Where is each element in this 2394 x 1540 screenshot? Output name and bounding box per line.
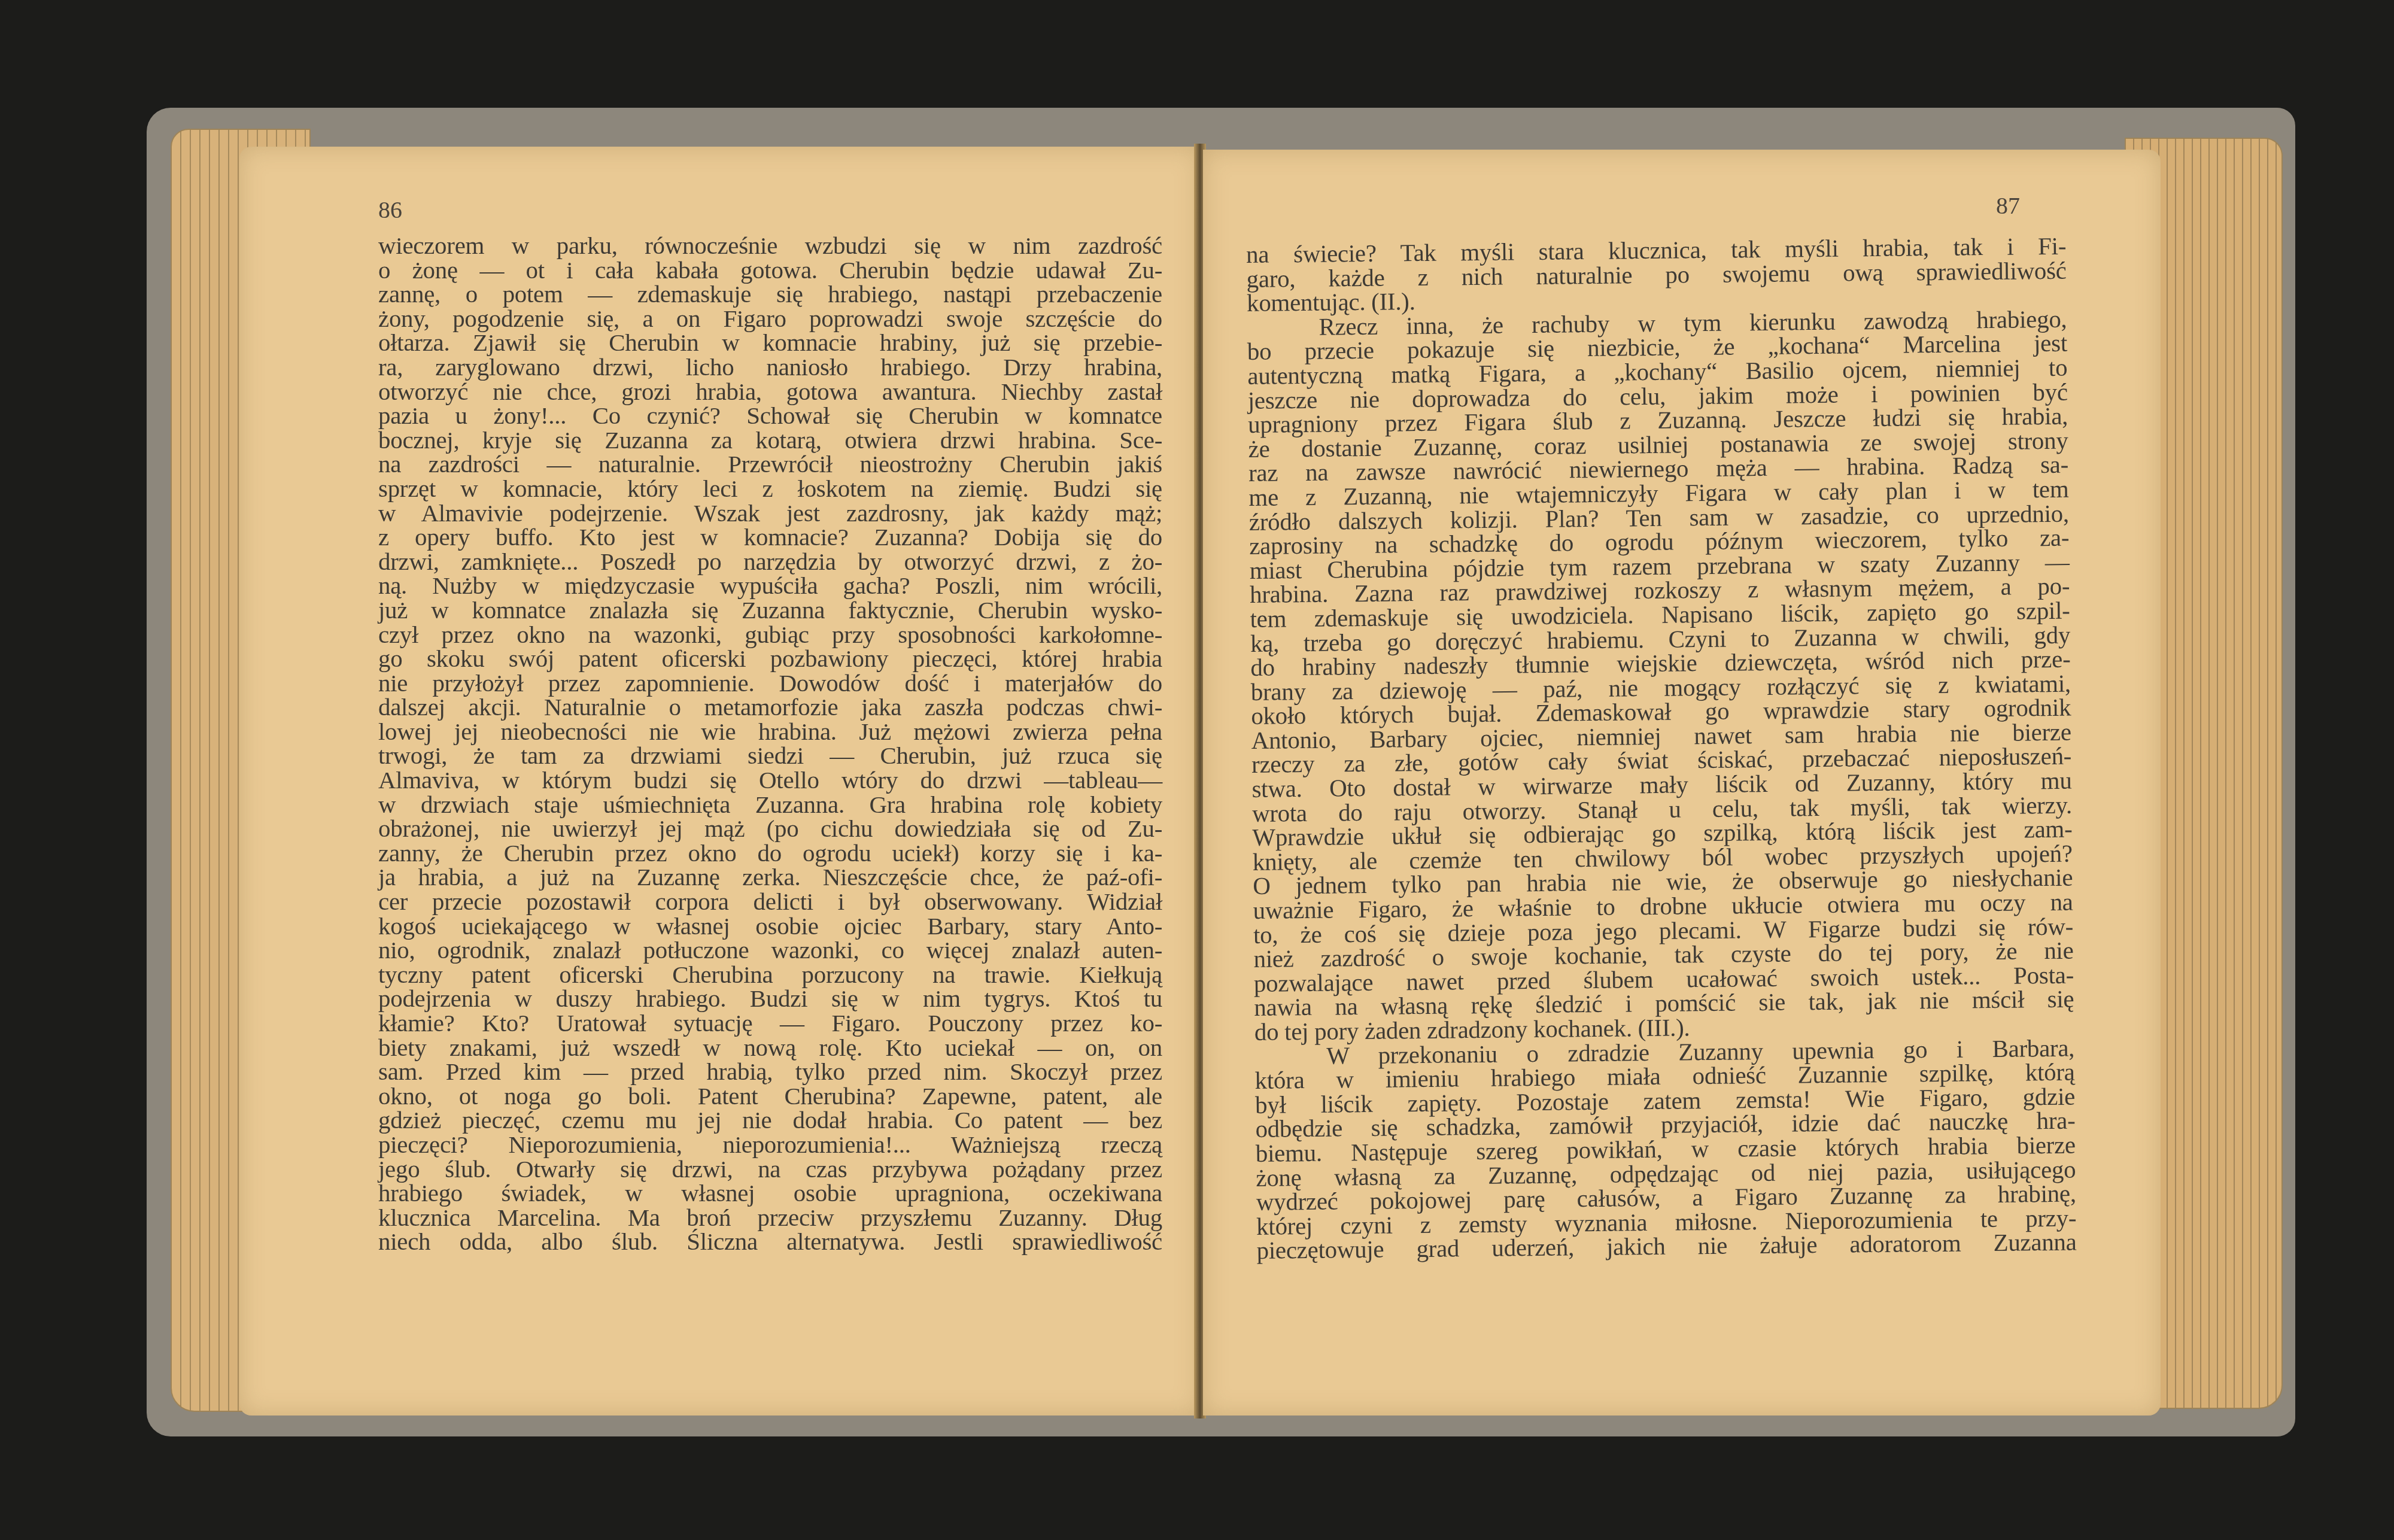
text-line: z opery buffo. Kto jest w komnacie? Zuza… <box>378 525 1162 549</box>
text-line: otworzyć nie chce, grozi hrabia, gotowa … <box>378 379 1162 404</box>
text-line: niech odda, albo ślub. Śliczna alternaty… <box>378 1229 1162 1254</box>
text-line: okno, ot noga go boli. Patent Cherubina?… <box>378 1084 1162 1108</box>
page-number: 87 <box>1996 192 2020 220</box>
text-line: kłamie? Kto? Uratował sytuację — Figaro.… <box>378 1011 1162 1035</box>
left-page: 86 wieczorem w parku, równocześnie wzbud… <box>239 147 1200 1416</box>
text-line: pieczęci? Nieporozumienia, nieporozumien… <box>378 1132 1162 1157</box>
page-body-text: wieczorem w parku, równocześnie wzbudzi … <box>378 233 1162 1254</box>
text-line: na zazdrości — naturalnie. Przewrócił ni… <box>378 452 1162 476</box>
text-line: wieczorem w parku, równocześnie wzbudzi … <box>378 233 1162 258</box>
text-line: ną. Nużby w międzyczasie wypuściła gacha… <box>378 573 1162 598</box>
text-line: gdzież pieczęć, czemu mu jej nie dodał h… <box>378 1108 1162 1132</box>
text-line: czył przez okno na wazonki, gubiąc przy … <box>378 622 1162 647</box>
text-line: klucznica Marcelina. Ma broń przeciw prz… <box>378 1205 1162 1230</box>
text-line: sam. Przed kim — przed hrabią, tylko prz… <box>378 1059 1162 1084</box>
text-line: obrażonej, nie uwierzył jej mąż (po cich… <box>378 816 1162 841</box>
text-line: lowej jej nieobecności nie wie hrabina. … <box>378 719 1162 744</box>
text-line: w Almavivie podejrzenie. Wszak jest zazd… <box>378 501 1162 526</box>
text-line: nie przyłożył przez zapomnienie. Dowodów… <box>378 671 1162 695</box>
text-line: zanny, że Cherubin przez okno do ogrodu … <box>378 841 1162 865</box>
text-line: bocznej, kryje się Zuzanna za kotarą, ot… <box>378 428 1162 452</box>
text-line: ra, zaryglowano drzwi, licho naniosło hr… <box>378 355 1162 379</box>
text-line: Almaviva, w którym budzi się Otello wtór… <box>378 768 1162 792</box>
text-line: żony, pogodzenie się, a on Figaro poprow… <box>378 306 1162 331</box>
text-line: jego ślub. Otwarły się drzwi, na czas pr… <box>378 1157 1162 1181</box>
text-line: podejrzenia w duszy hrabiego. Budzi się … <box>378 986 1162 1011</box>
text-line: go skoku swój patent oficerski pozbawion… <box>378 646 1162 671</box>
text-line: pieczętowuje grad uderzeń, jakich nie ża… <box>1256 1230 2076 1263</box>
text-line: biety znakami, już wszedł w nową rolę. K… <box>378 1035 1162 1060</box>
text-line: ołtarza. Zjawił się Cherubin w komnacie … <box>378 330 1162 355</box>
text-line: drzwi, zamknięte... Poszedł po narzędzia… <box>378 549 1162 574</box>
text-line: dalszej akcji. Naturalnie o metamorfozie… <box>378 695 1162 719</box>
text-line: już w komnatce znalazła się Zuzanna fakt… <box>378 598 1162 622</box>
page-number: 86 <box>378 196 402 224</box>
page-body-text: na świecie? Tak myśli stara klucznica, t… <box>1246 234 2077 1263</box>
text-line: w drzwiach staje uśmiechnięta Zuzanna. G… <box>378 792 1162 817</box>
text-line: sprzęt w komnacie, który leci z łoskotem… <box>378 476 1162 501</box>
text-line: zannę, o potem — zdemaskuje się hrabiego… <box>378 282 1162 306</box>
text-line: ja hrabia, a już na Zuzannę zerka. Niesz… <box>378 865 1162 889</box>
text-line: hrabiego świadek, w własnej osobie uprag… <box>378 1181 1162 1205</box>
text-line: trwogi, że tam za drzwiami siedzi — Cher… <box>378 743 1162 768</box>
text-line: o żonę — ot i cała kabała gotowa. Cherub… <box>378 258 1162 283</box>
right-page: 87 na świecie? Tak myśli stara klucznica… <box>1203 150 2161 1416</box>
text-line: nio, ogrodnik, znalazł potłuczone wazonk… <box>378 938 1162 962</box>
text-line: tyczny patent oficerski Cherubina porzuc… <box>378 962 1162 987</box>
text-line: pazia u żony!... Co czynić? Schował się … <box>378 403 1162 428</box>
text-line: kogoś uciekającego w własnej osobie ojci… <box>378 914 1162 938</box>
text-line: cer przecie pozostawił corpora delicti i… <box>378 889 1162 914</box>
